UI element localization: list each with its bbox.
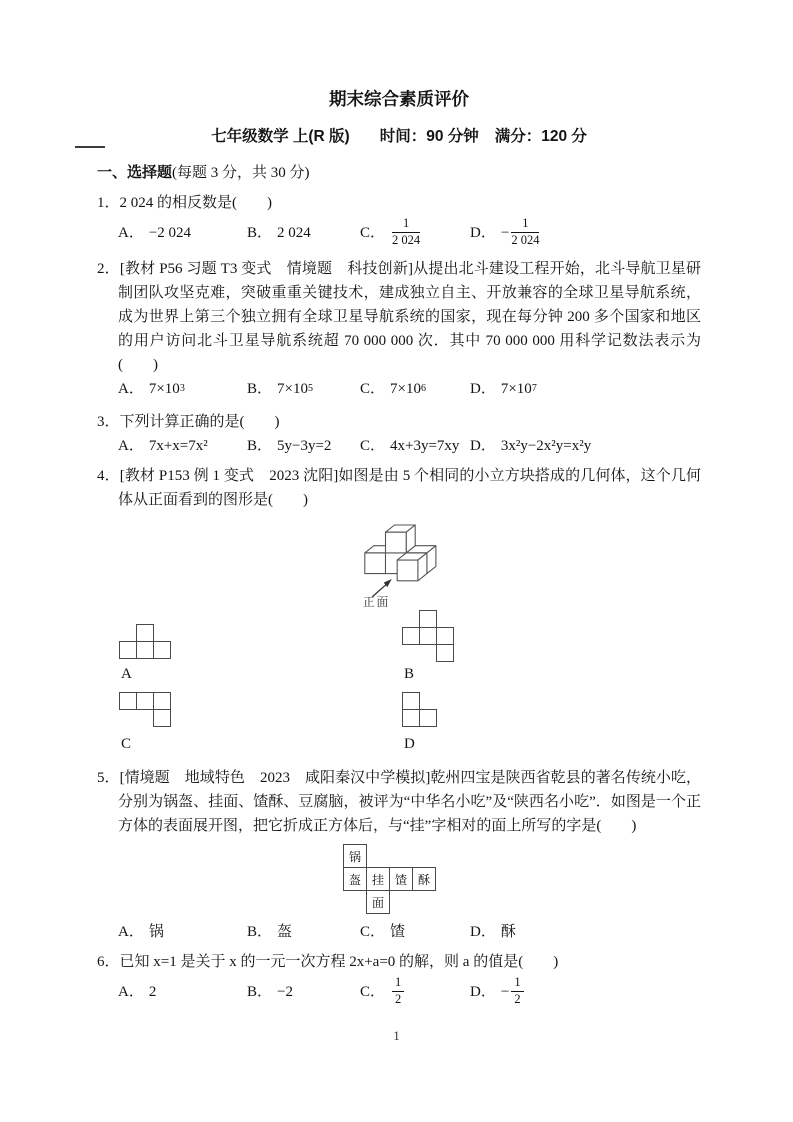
question-1-body: 2 024 的相反数是( ) [120, 195, 273, 211]
section-title: 一、选择题 [97, 164, 172, 181]
q2-option-a: A．7×103 [118, 377, 247, 401]
net-cell-cha: 馇 [389, 867, 413, 891]
square [153, 641, 171, 659]
question-1-number: 1． [97, 195, 120, 211]
fraction-numerator: 1 [511, 976, 523, 991]
question-2-number: 2． [97, 261, 120, 277]
cube-top [386, 525, 416, 553]
option-label: C． [360, 920, 385, 944]
q1-option-c: C．12 024 [360, 218, 470, 247]
option-value: 7x+x=7x² [149, 434, 208, 458]
option-label: D． [470, 377, 496, 401]
option-value: −2 [277, 980, 293, 1004]
q6-option-c: C．12 [360, 977, 470, 1006]
q2-option-d: D．7×107 [470, 377, 537, 401]
fraction-numerator: 1 [511, 217, 539, 232]
square [136, 641, 154, 659]
option-letter-a: A [121, 666, 132, 683]
question-4-body: [教材 P153 例 1 变式 2023 沈阳]如图是由 5 个相同的小立方块搭… [118, 468, 701, 508]
front-arrow [372, 579, 392, 597]
question-6-options: A．2 B．−2 C．12 D．−12 [118, 974, 701, 1010]
fraction-numerator: 1 [392, 217, 420, 232]
q5-option-d: D．酥 [470, 920, 516, 944]
q6-option-b: B．−2 [247, 980, 360, 1004]
net-cell-mian: 面 [366, 890, 390, 914]
fraction: 12 [511, 976, 523, 1005]
option-value: 7×10 [277, 377, 308, 401]
q3-option-b: B．5y−3y=2 [247, 434, 360, 458]
square [436, 644, 454, 662]
option-label: C． [360, 221, 385, 245]
question-2: 2．[教材 P56 习题 T3 变式 情境题 科技创新]从提出北斗建设工程开始，… [97, 257, 701, 401]
square [136, 624, 154, 642]
fraction-numerator: 1 [392, 976, 404, 991]
front-face-label: 正面 [363, 596, 390, 608]
q5-option-b: B．盔 [247, 920, 360, 944]
question-3-body: 下列计算正确的是( ) [120, 414, 280, 430]
square [402, 709, 420, 727]
fraction-denominator: 2 024 [511, 233, 539, 247]
option-label: A． [118, 377, 144, 401]
question-1-text: 1．2 024 的相反数是( ) [97, 191, 701, 215]
option-label: C． [360, 980, 385, 1004]
option-value: 5y−3y=2 [277, 434, 331, 458]
fraction: 12 [392, 976, 404, 1005]
question-2-options: A．7×103 B．7×105 C．7×106 D．7×107 [118, 377, 701, 401]
question-3: 3．下列计算正确的是( ) A．7x+x=7x² B．5y−3y=2 C．4x+… [97, 410, 701, 458]
square [419, 627, 437, 645]
q3-option-a: A．7x+x=7x² [118, 434, 247, 458]
score-label: 满分：120 分 [495, 128, 587, 145]
q5-option-c: C．馇 [360, 920, 470, 944]
net-cell-kui: 盔 [343, 867, 367, 891]
question-6-body: 已知 x=1 是关于 x 的一元一次方程 2x+a=0 的解，则 a 的值是( … [120, 954, 559, 970]
section-heading: 一、选择题(每题 3 分，共 30 分) [97, 161, 701, 185]
q2-option-c: C．7×106 [360, 377, 470, 401]
question-5-options: A．锅 B．盔 C．馇 D．酥 [118, 920, 701, 944]
exam-page: 期末综合素质评价 七年级数学 上(R 版)时间：90 分钟满分：120 分 一、… [0, 0, 793, 1122]
question-5-number: 5． [97, 770, 120, 786]
option-value: 馇 [390, 920, 405, 944]
option-label: A． [118, 434, 144, 458]
option-label: B． [247, 221, 272, 245]
question-4-text: 4．[教材 P153 例 1 变式 2023 沈阳]如图是由 5 个相同的小立方… [97, 464, 701, 512]
cube-figure: 正面 [345, 514, 480, 608]
question-4-number: 4． [97, 468, 120, 484]
option-value: 7×10 [501, 377, 532, 401]
q1-option-b: B．2 024 [247, 221, 360, 245]
q1-option-d: D．−12 024 [470, 218, 539, 247]
section-note: (每题 3 分，共 30 分) [172, 165, 310, 181]
net-cell-su: 酥 [412, 867, 436, 891]
fraction-denominator: 2 [392, 992, 404, 1006]
option-label: B． [247, 377, 272, 401]
square [436, 627, 454, 645]
fraction: 12 024 [392, 217, 420, 246]
course-label: 七年级数学 上(R 版) [211, 128, 350, 145]
question-2-body: [教材 P56 习题 T3 变式 情境题 科技创新]从提出北斗建设工程开始，北斗… [118, 261, 701, 373]
square [419, 709, 437, 727]
square [119, 692, 137, 710]
option-value: 3x²y−2x²y=x²y [501, 434, 591, 458]
square [153, 709, 171, 727]
figure-option-a [119, 624, 171, 659]
figure-option-c [119, 692, 171, 727]
cube-net-figure: 锅 盔 挂 馇 酥 面 [343, 844, 438, 914]
time-label: 时间：90 分钟 [380, 128, 479, 145]
q6-option-d: D．−12 [470, 977, 524, 1006]
question-6: 6．已知 x=1 是关于 x 的一元一次方程 2x+a=0 的解，则 a 的值是… [97, 950, 701, 1010]
option-label: A． [118, 221, 144, 245]
square [153, 692, 171, 710]
q5-option-a: A．锅 [118, 920, 247, 944]
page-number: 1 [0, 1028, 793, 1044]
option-label: B． [247, 920, 272, 944]
square [136, 692, 154, 710]
option-value: −2 024 [149, 221, 191, 245]
option-value: 7×10 [390, 377, 421, 401]
question-5-body: [情境题 地域特色 2023 咸阳秦汉中学模拟]乾州四宝是陕西省乾县的著名传统小… [118, 770, 701, 834]
q1-option-a: A．−2 024 [118, 221, 247, 245]
cube-front [397, 553, 427, 581]
option-letter-c: C [121, 736, 131, 753]
q6-option-a: A．2 [118, 980, 247, 1004]
option-value: 4x+3y=7xy [390, 434, 459, 458]
net-cell-guo: 锅 [343, 844, 367, 868]
question-4: 4．[教材 P153 例 1 变式 2023 沈阳]如图是由 5 个相同的小立方… [97, 464, 701, 760]
question-2-text: 2．[教材 P56 习题 T3 变式 情境题 科技创新]从提出北斗建设工程开始，… [97, 257, 701, 377]
fraction-denominator: 2 [511, 992, 523, 1006]
fraction: 12 024 [511, 217, 539, 246]
q3-option-c: C．4x+3y=7xy [360, 434, 470, 458]
option-label: D． [470, 980, 496, 1004]
option-value: 锅 [149, 920, 164, 944]
option-value: 2 024 [277, 221, 311, 245]
figure-option-b [402, 610, 454, 662]
option-letter-b: B [404, 666, 414, 683]
option-value: 盔 [277, 920, 292, 944]
square [402, 627, 420, 645]
question-3-text: 3．下列计算正确的是( ) [97, 410, 701, 434]
option-label: C． [360, 377, 385, 401]
square [402, 692, 420, 710]
option-value: 7×10 [149, 377, 180, 401]
fraction-denominator: 2 024 [392, 233, 420, 247]
question-1: 1．2 024 的相反数是( ) A．−2 024 B．2 024 C．12 0… [97, 191, 701, 251]
page-title: 期末综合素质评价 [97, 86, 701, 111]
option-label: B． [247, 980, 272, 1004]
square [119, 641, 137, 659]
q2-option-b: B．7×105 [247, 377, 360, 401]
question-3-options: A．7x+x=7x² B．5y−3y=2 C．4x+3y=7xy D．3x²y−… [118, 434, 701, 458]
page-content: 期末综合素质评价 七年级数学 上(R 版)时间：90 分钟满分：120 分 一、… [97, 86, 701, 1010]
minus-sign: − [501, 980, 509, 1004]
question-6-number: 6． [97, 954, 120, 970]
option-label: C． [360, 434, 385, 458]
option-value: 2 [149, 980, 157, 1004]
option-label: A． [118, 920, 144, 944]
option-label: A． [118, 980, 144, 1004]
question-4-option-figures: A B C [97, 610, 701, 760]
question-3-number: 3． [97, 414, 120, 430]
option-label: D． [470, 434, 496, 458]
option-label: D． [470, 920, 496, 944]
page-subtitle: 七年级数学 上(R 版)时间：90 分钟满分：120 分 [97, 124, 701, 146]
option-label: B． [247, 434, 272, 458]
minus-sign: − [501, 221, 509, 245]
square [419, 610, 437, 628]
option-label: D． [470, 221, 496, 245]
question-6-text: 6．已知 x=1 是关于 x 的一元一次方程 2x+a=0 的解，则 a 的值是… [97, 950, 701, 974]
option-value: 酥 [501, 920, 516, 944]
figure-option-d [402, 692, 454, 727]
net-cell-gua: 挂 [366, 867, 390, 891]
question-5: 5．[情境题 地域特色 2023 咸阳秦汉中学模拟]乾州四宝是陕西省乾县的著名传… [97, 766, 701, 944]
q3-option-d: D．3x²y−2x²y=x²y [470, 434, 591, 458]
question-5-text: 5．[情境题 地域特色 2023 咸阳秦汉中学模拟]乾州四宝是陕西省乾县的著名传… [97, 766, 701, 838]
question-1-options: A．−2 024 B．2 024 C．12 024 D．−12 024 [118, 215, 701, 251]
option-letter-d: D [404, 736, 415, 753]
